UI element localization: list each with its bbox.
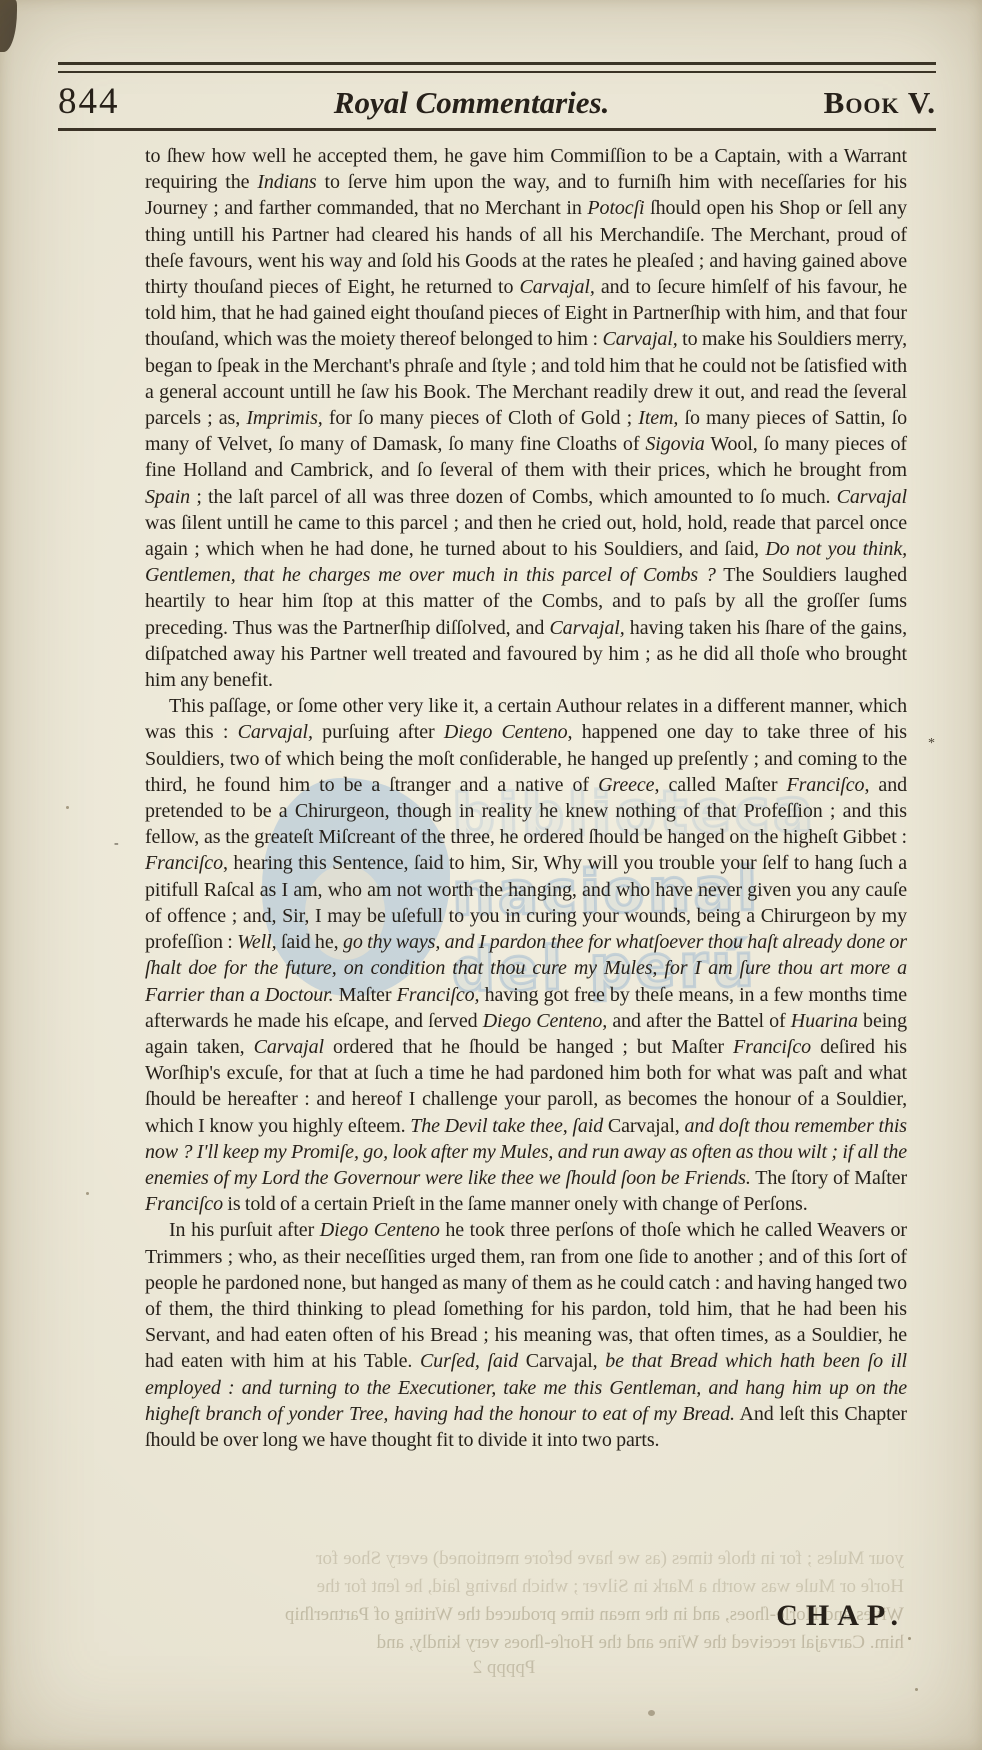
page-number: 844 (58, 80, 120, 123)
book-page-scan: biblioteca nacional del perú 844 Royal C… (0, 0, 982, 1750)
running-title: Royal Commentaries. (120, 85, 824, 121)
scan-corner-artifact (0, 0, 17, 52)
chapter-catchword: CHAP. (776, 1599, 906, 1633)
ink-speck (915, 1688, 918, 1691)
text-block: to ſhew how well he accepted them, he ga… (145, 143, 907, 1453)
header-double-rule (58, 62, 936, 73)
ink-speck (66, 806, 69, 809)
signature-mark: Ppppp 2 (104, 1657, 904, 1679)
bleedthrough-line: Horſe or Mule was worth a Mark in Silver… (104, 1573, 904, 1601)
bleedthrough-line: your Mules ; for in thoſe times (as we h… (104, 1545, 904, 1573)
ink-speck (908, 1637, 911, 1640)
ink-speck (86, 1192, 89, 1195)
paragraph: to ſhew how well he accepted them, he ga… (145, 143, 907, 693)
ink-speck (648, 1710, 655, 1716)
paragraph: In his purſuit after Diego Centeno he to… (145, 1217, 907, 1453)
page-header: 844 Royal Commentaries. Book V. (58, 80, 936, 123)
margin-dash: - (114, 836, 119, 852)
header-bottom-rule (58, 128, 936, 131)
paragraph: This paſſage, or ſome other very like it… (145, 693, 907, 1217)
margin-asterisk: * (928, 736, 935, 752)
book-label: Book V. (824, 85, 936, 121)
bleedthrough-line: him. Carvajal received the Wine and the … (104, 1629, 904, 1657)
